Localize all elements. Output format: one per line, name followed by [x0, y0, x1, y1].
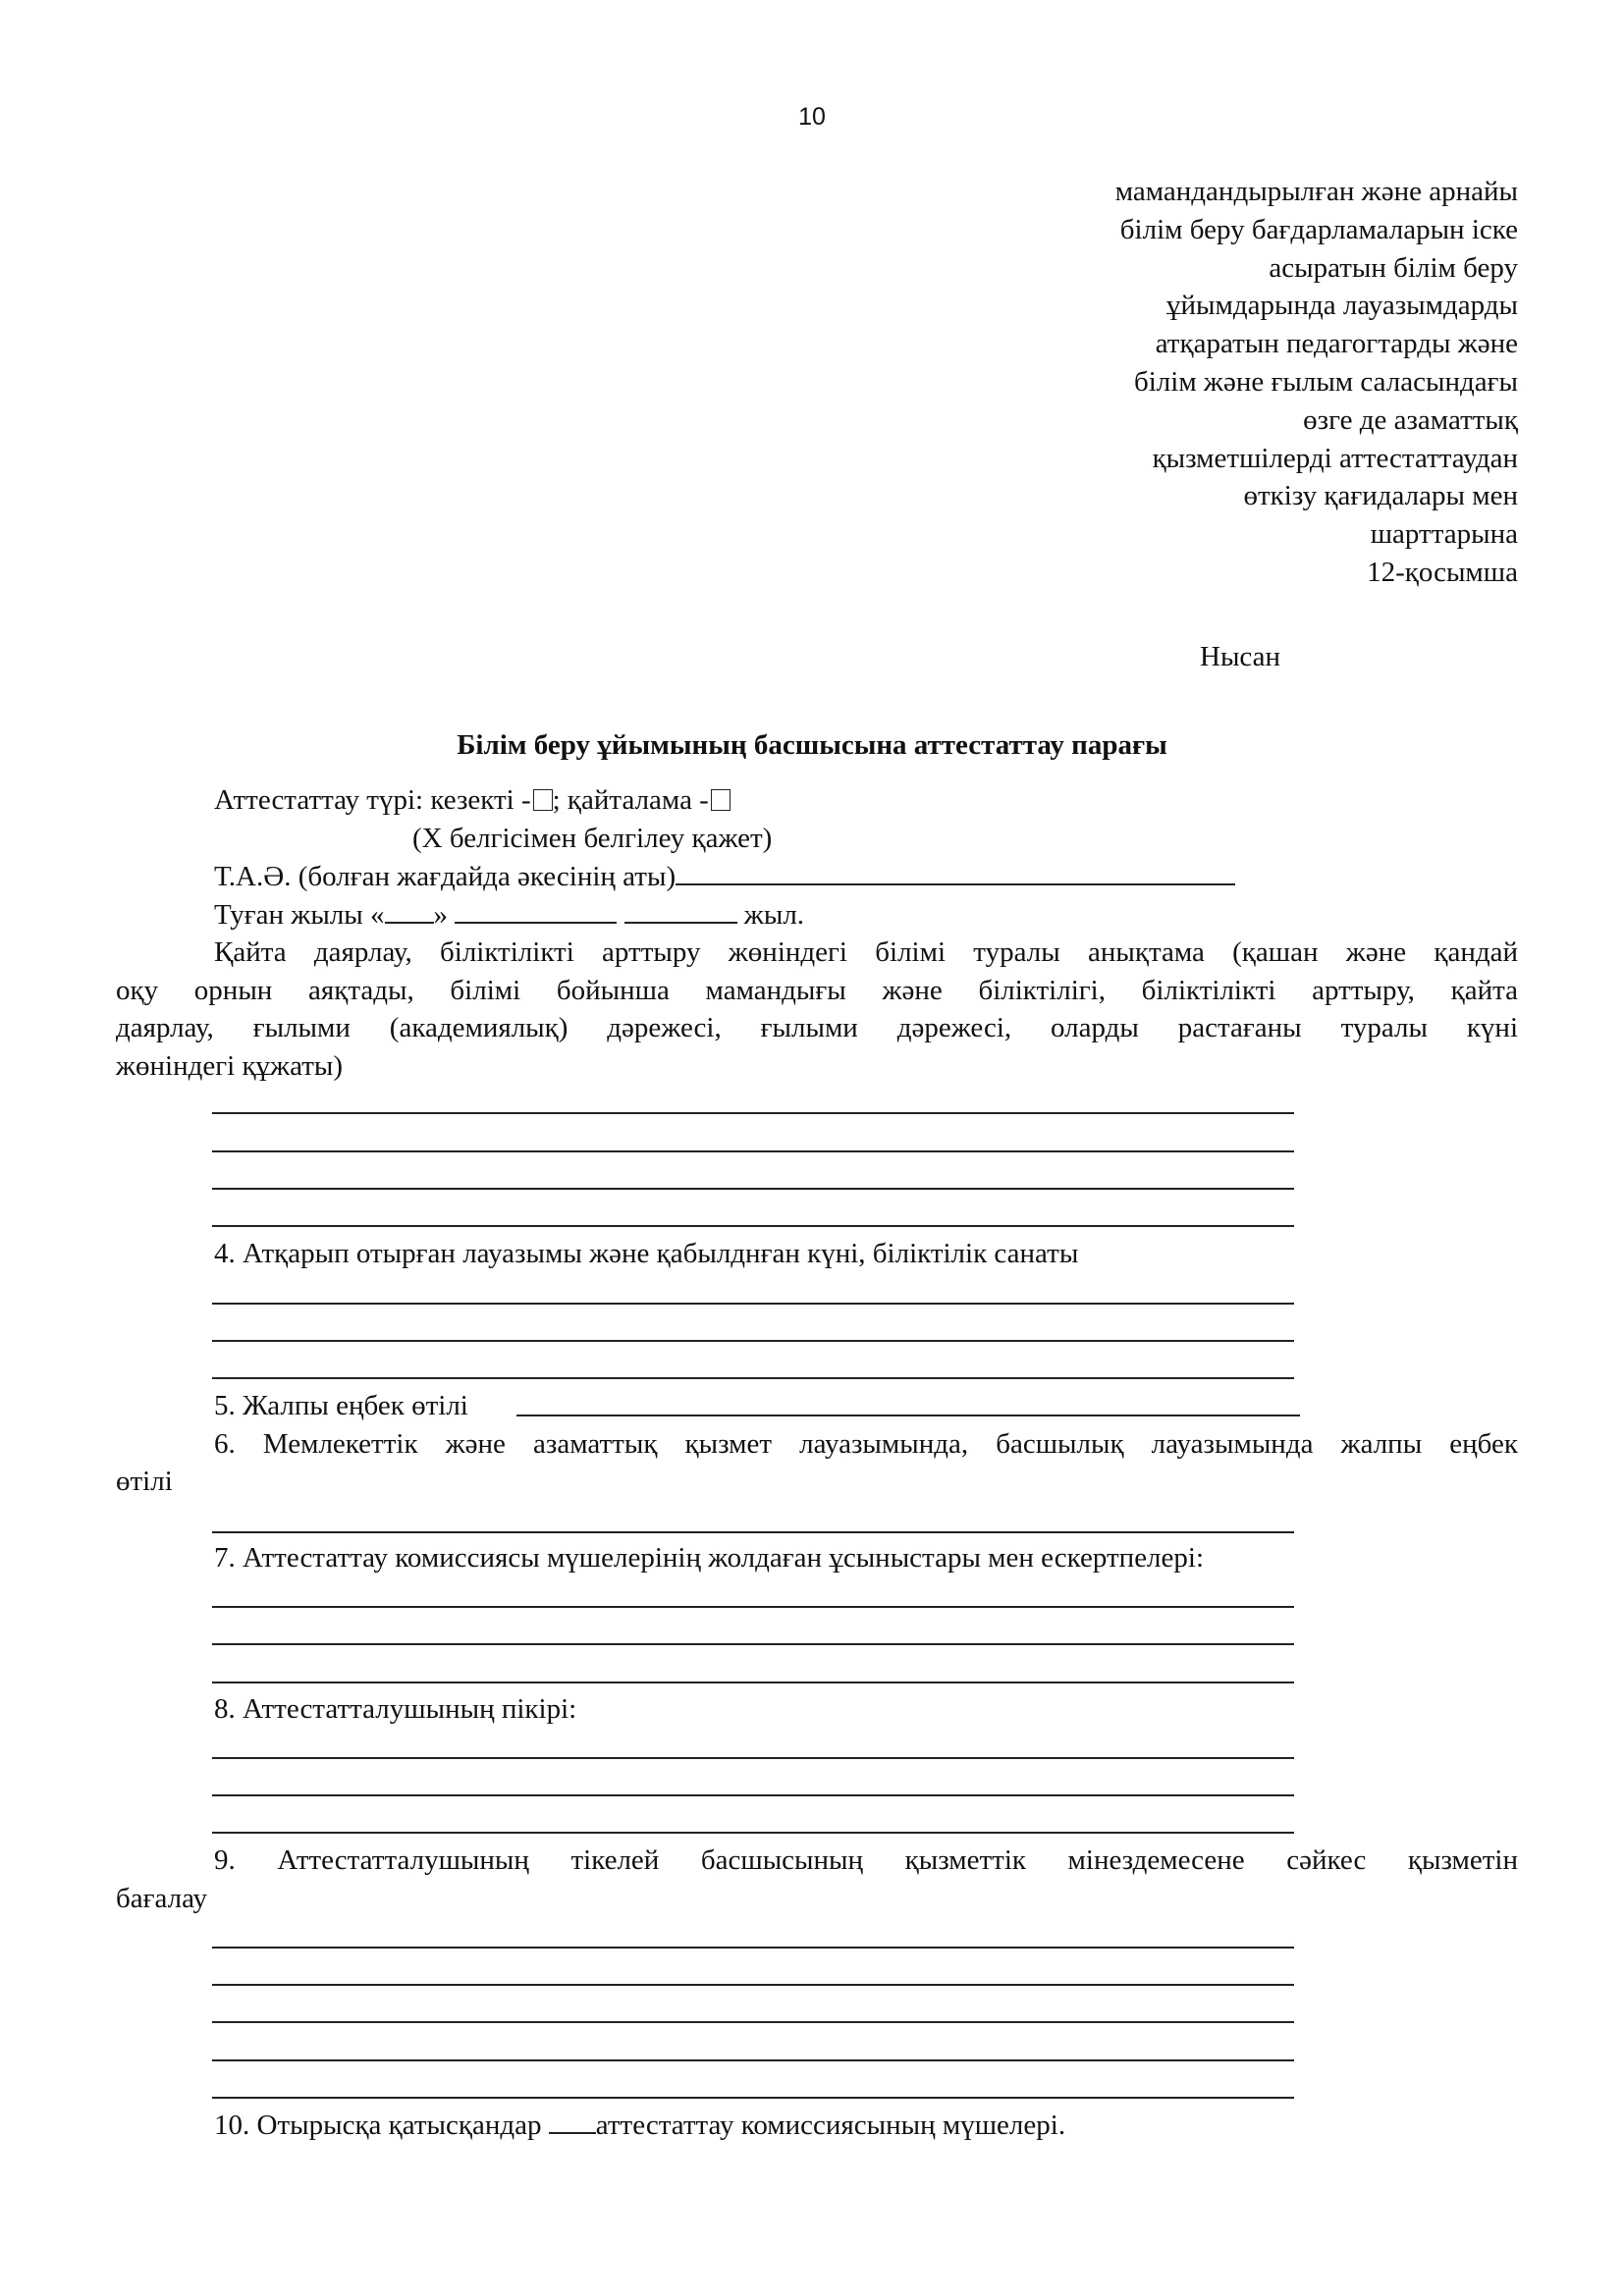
fio-label: Т.А.Ә. (болған жағдайда әкесінің аты) — [214, 861, 676, 892]
item-9-answer-line[interactable] — [212, 2059, 1294, 2061]
item-6-label-line-2: өтілі — [116, 1463, 173, 1501]
item-8-answer-line[interactable] — [212, 1794, 1294, 1796]
item-9-answer-line[interactable] — [212, 2097, 1294, 2099]
birth-label: Туған жылы « — [214, 899, 385, 931]
education-answer-line[interactable] — [212, 1225, 1294, 1227]
fio-field[interactable] — [676, 858, 1235, 885]
birth-close-quote: » — [434, 899, 449, 931]
appendix-line: мамандандырылған және арнайы — [1115, 173, 1518, 211]
attestation-type-hint: (Х белгісімен белгілеу қажет) — [412, 820, 772, 858]
item-5-row: 5. Жалпы еңбек өтілі — [214, 1387, 468, 1425]
item-4-answer-line[interactable] — [212, 1303, 1294, 1305]
education-answer-line[interactable] — [212, 1150, 1294, 1152]
checkbox-regular[interactable] — [533, 789, 553, 811]
item-9-answer-line[interactable] — [212, 1984, 1294, 1986]
birth-row: Туған жылы «» жыл. — [214, 896, 804, 934]
education-line-3: даярлау, ғылыми (академиялық) дәрежесі, … — [116, 1009, 1518, 1047]
birth-year-field[interactable] — [624, 896, 737, 924]
item-10-row: 10. Отырысқа қатысқандар аттестаттау ком… — [214, 2107, 1065, 2145]
item-9-label-line-2: бағалау — [116, 1880, 207, 1918]
item-7-answer-line[interactable] — [212, 1643, 1294, 1645]
appendix-line: атқаратын педагогтарды және — [1115, 325, 1518, 363]
appendix-line: білім және ғылым саласындағы — [1115, 363, 1518, 401]
page-number: 10 — [0, 98, 1624, 136]
birth-day-field[interactable] — [385, 896, 434, 924]
birth-suffix: жыл. — [744, 899, 804, 931]
item-5-label: 5. Жалпы еңбек өтілі — [214, 1390, 468, 1421]
education-line-2: оқу орнын аяқтады, білімі бойынша маманд… — [116, 972, 1518, 1010]
appendix-line: қызметшілерді аттестаттаудан — [1115, 440, 1518, 478]
attestation-type-label: Аттестаттау түрі: кезекті - — [214, 784, 531, 816]
item-6-answer-line[interactable] — [212, 1531, 1294, 1533]
item-9-answer-line[interactable] — [212, 2021, 1294, 2023]
item-7-answer-line[interactable] — [212, 1606, 1294, 1608]
item-7-answer-line[interactable] — [212, 1682, 1294, 1683]
appendix-line: білім беру бағдарламаларын іске — [1115, 211, 1518, 249]
education-answer-line[interactable] — [212, 1188, 1294, 1190]
education-answer-line[interactable] — [212, 1112, 1294, 1114]
appendix-reference-block: мамандандырылған және арнайы білім беру … — [1115, 173, 1518, 592]
item-5-answer-line[interactable] — [516, 1415, 1300, 1416]
item-9-label-line-1: 9. Аттестатталушының тікелей басшысының … — [214, 1842, 1518, 1880]
appendix-line: шарттарына — [1115, 515, 1518, 554]
fio-row: Т.А.Ә. (болған жағдайда әкесінің аты) — [214, 858, 1235, 896]
appendix-number: 12-қосымша — [1115, 554, 1518, 592]
document-page: 10 мамандандырылған және арнайы білім бе… — [0, 0, 1624, 2296]
appendix-line: ұйымдарында лауазымдарды — [1115, 287, 1518, 325]
item-10-label-before: 10. Отырысқа қатысқандар — [214, 2109, 549, 2141]
item-4-answer-line[interactable] — [212, 1377, 1294, 1379]
appendix-line: өткізу қағидалары мен — [1115, 477, 1518, 515]
checkbox-repeat[interactable] — [711, 789, 731, 811]
education-line-4: жөніндегі құжаты) — [116, 1047, 343, 1086]
document-title: Білім беру ұйымының басшысына аттестатта… — [0, 726, 1624, 765]
attestation-type-row: Аттестаттау түрі: кезекті -; қайталама - — [214, 781, 731, 820]
appendix-line: өзге де азаматтық — [1115, 401, 1518, 440]
item-4-answer-line[interactable] — [212, 1340, 1294, 1342]
item-10-label-after: аттестаттау комиссиясының мүшелері. — [596, 2109, 1065, 2141]
form-label: Нысан — [1200, 638, 1280, 676]
item-8-label: 8. Аттестатталушының пікірі: — [214, 1690, 576, 1729]
item-6-label-line-1: 6. Мемлекеттік және азаматтық қызмет лау… — [214, 1425, 1518, 1464]
item-10-count-field[interactable] — [549, 2107, 596, 2134]
item-8-answer-line[interactable] — [212, 1832, 1294, 1834]
item-4-label: 4. Атқарып отырған лауазымы және қабылдн… — [214, 1235, 1078, 1273]
attestation-type-separator: ; қайталама - — [553, 784, 709, 816]
birth-month-field[interactable] — [455, 896, 617, 924]
item-7-label: 7. Аттестаттау комиссиясы мүшелерінің жо… — [214, 1539, 1204, 1577]
item-8-answer-line[interactable] — [212, 1757, 1294, 1759]
education-line-1: Қайта даярлау, біліктілікті арттыру жөні… — [116, 934, 1518, 972]
item-9-answer-line[interactable] — [212, 1947, 1294, 1949]
appendix-line: асыратын білім беру — [1115, 249, 1518, 288]
